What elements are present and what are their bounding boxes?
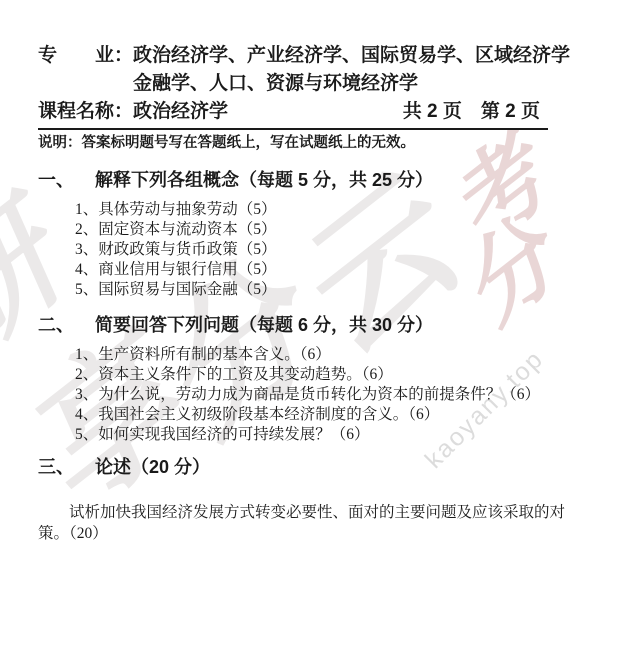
- section-2-title: 简要回答下列问题（每题 6 分，共 30 分）: [95, 313, 433, 338]
- major-value: 政治经济学、产业经济学、国际贸易学、区域经济学 金融学、人口、资源与环境经济学: [133, 42, 570, 98]
- section-1-number: 一、: [38, 168, 95, 193]
- course-name: 课程名称：政治经济学: [38, 98, 228, 125]
- question-item: 2、资本主义条件下的工资及其变动趋势。（6）: [75, 365, 602, 385]
- question-item: 4、商业信用与银行信用（5）: [75, 260, 602, 280]
- major-row: 专 业： 政治经济学、产业经济学、国际贸易学、区域经济学 金融学、人口、资源与环…: [38, 42, 602, 98]
- question-item: 3、财政政策与货币政策（5）: [75, 240, 602, 260]
- question-item: 5、如何实现我国经济的可持续发展？（6）: [75, 425, 602, 445]
- question-item: 4、我国社会主义初级阶段基本经济制度的含义。（6）: [75, 405, 602, 425]
- section-2-number: 二、: [38, 313, 95, 338]
- section-3-number: 三、: [38, 455, 95, 480]
- section-1-heading: 一、 解释下列各组概念（每题 5 分，共 25 分）: [38, 168, 602, 193]
- question-item: 2、固定资本与流动资本（5）: [75, 220, 602, 240]
- question-item: 1、具体劳动与抽象劳动（5）: [75, 200, 602, 220]
- exam-note: 说明：答案标明题号写在答题纸上，写在试题纸上的无效。: [38, 133, 602, 153]
- question-item: 5、国际贸易与国际金融（5）: [75, 280, 602, 300]
- page-info: 共 2 页 第 2 页: [403, 98, 540, 125]
- question-item: 1、生产资料所有制的基本含义。（6）: [75, 345, 602, 365]
- section-3-title: 论述（20 分）: [95, 455, 210, 480]
- section-2-heading: 二、 简要回答下列问题（每题 6 分，共 30 分）: [38, 313, 602, 338]
- section-1-items: 1、具体劳动与抽象劳动（5） 2、固定资本与流动资本（5） 3、财政政策与货币政…: [75, 200, 602, 300]
- course-row: 课程名称：政治经济学 共 2 页 第 2 页: [38, 98, 602, 125]
- major-label: 专 业：: [38, 42, 133, 98]
- header-rule: [38, 128, 548, 130]
- section-2-items: 1、生产资料所有制的基本含义。（6） 2、资本主义条件下的工资及其变动趋势。（6…: [75, 345, 602, 445]
- exam-page: 研 享 分 云 考 分 kaoyany.top 专 业： 政治经济学、产业经济学…: [0, 0, 632, 652]
- major-line-2: 金融学、人口、资源与环境经济学: [133, 70, 570, 98]
- essay-question: 试析加快我国经济发展方式转变必要性、面对的主要问题及应该采取的对策。（20）: [38, 502, 573, 544]
- section-1-title: 解释下列各组概念（每题 5 分，共 25 分）: [95, 168, 433, 193]
- major-line-1: 政治经济学、产业经济学、国际贸易学、区域经济学: [133, 42, 570, 70]
- exam-content: 专 业： 政治经济学、产业经济学、国际贸易学、区域经济学 金融学、人口、资源与环…: [0, 0, 632, 544]
- section-3-heading: 三、 论述（20 分）: [38, 455, 602, 480]
- question-item: 3、为什么说，劳动力成为商品是货币转化为资本的前提条件？（6）: [75, 385, 602, 405]
